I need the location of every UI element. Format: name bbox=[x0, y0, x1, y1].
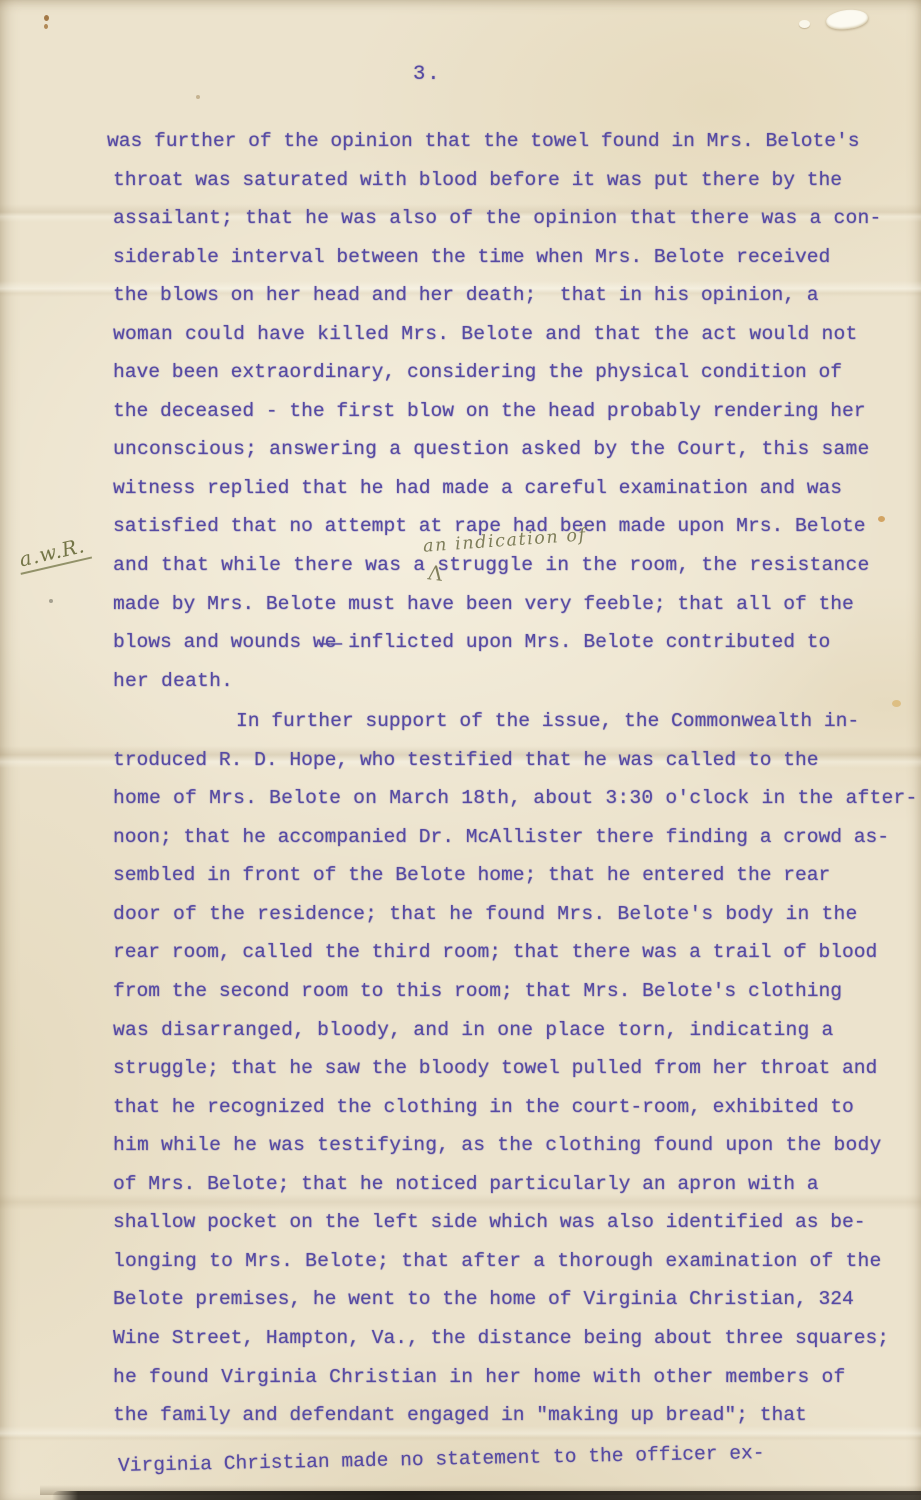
document-page: 3. was further of the opinion that the t… bbox=[0, 0, 921, 1500]
rust-speck bbox=[44, 15, 49, 21]
text-line: Wine Street, Hampton, Va., the distance … bbox=[113, 1319, 913, 1358]
text-line: the deceased - the first blow on the hea… bbox=[113, 392, 913, 431]
text-line: that he recognized the clothing in the c… bbox=[113, 1088, 913, 1127]
text-line: was further of the opinion that the towe… bbox=[107, 122, 913, 161]
text-line: and that while there was a struggle in t… bbox=[113, 546, 913, 585]
text-line: made by Mrs. Belote must have been very … bbox=[113, 585, 913, 624]
paper-chip bbox=[799, 20, 810, 28]
text-line: woman could have killed Mrs. Belote and … bbox=[113, 315, 913, 354]
text-line: have been extraordinary, considering the… bbox=[113, 353, 913, 392]
text-line: blows and wounds w̶e̶ inflicted upon Mrs… bbox=[113, 623, 913, 662]
text-line: witness replied that he had made a caref… bbox=[113, 469, 913, 508]
typewritten-body: was further of the opinion that the towe… bbox=[113, 122, 913, 1435]
text-line: struggle; that he saw the bloody towel p… bbox=[113, 1049, 913, 1088]
margin-initials-annotation: a.w.R. bbox=[15, 532, 92, 575]
text-line: Belote premises, he went to the home of … bbox=[113, 1280, 913, 1319]
text-line: siderable interval between the time when… bbox=[113, 238, 913, 277]
text-line: In further support of the issue, the Com… bbox=[113, 702, 913, 741]
text-line: her death. bbox=[113, 662, 913, 701]
text-line: home of Mrs. Belote on March 18th, about… bbox=[113, 779, 913, 818]
text-line: the family and defendant engaged in "mak… bbox=[113, 1396, 913, 1435]
text-line: assailant; that he was also of the opini… bbox=[113, 199, 913, 238]
text-line: rear room, called the third room; that t… bbox=[113, 933, 913, 972]
rust-speck bbox=[44, 24, 48, 29]
page-number: 3. bbox=[413, 63, 442, 86]
text-line: longing to Mrs. Belote; that after a tho… bbox=[113, 1242, 913, 1281]
text-line: throat was saturated with blood before i… bbox=[113, 161, 913, 200]
scan-edge bbox=[52, 1491, 921, 1500]
text-line: Virginia Christian made no statement to … bbox=[118, 1434, 765, 1486]
text-line: him while he was testifying, as the clot… bbox=[113, 1126, 913, 1165]
text-line: he found Virginia Christian in her home … bbox=[113, 1358, 913, 1397]
text-line: was disarranged, bloody, and in one plac… bbox=[113, 1011, 913, 1050]
text-line: noon; that he accompanied Dr. McAllister… bbox=[113, 818, 913, 857]
text-line: troduced R. D. Hope, who testified that … bbox=[113, 741, 913, 780]
text-line: unconscious; answering a question asked … bbox=[113, 430, 913, 469]
paper-chip bbox=[825, 7, 869, 32]
paragraph: In further support of the issue, the Com… bbox=[113, 702, 913, 1434]
stain-speck bbox=[49, 599, 53, 603]
text-line: sembled in front of the Belote home; tha… bbox=[113, 856, 913, 895]
text-line: door of the residence; that he found Mrs… bbox=[113, 895, 913, 934]
stain-speck bbox=[196, 95, 200, 99]
text-line: from the second room to this room; that … bbox=[113, 972, 913, 1011]
insertion-caret-mark: Λ bbox=[427, 560, 444, 586]
text-line: the blows on her head and her death; tha… bbox=[113, 276, 913, 315]
paragraph: was further of the opinion that the towe… bbox=[113, 122, 913, 700]
text-line: of Mrs. Belote; that he noticed particul… bbox=[113, 1165, 913, 1204]
text-line: shallow pocket on the left side which wa… bbox=[113, 1203, 913, 1242]
